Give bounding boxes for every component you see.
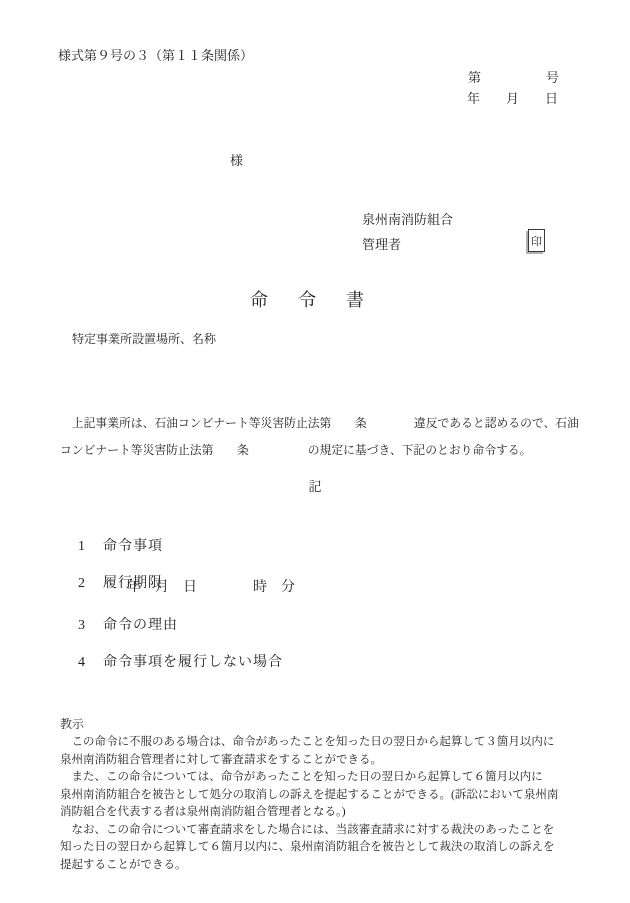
item-label: 命令事項を履行しない場合 xyxy=(103,655,283,670)
item-label: 命令の理由 xyxy=(103,618,178,633)
instructions-line-7: 知った日の翌日から起算して６箇月以内に、泉州南消防組合を被告として裁決の取消しの… xyxy=(60,840,555,854)
addressee-honorific: 様 xyxy=(230,153,243,169)
issuer-role: 管理者 xyxy=(362,237,401,253)
document-title: 命令書 xyxy=(250,289,394,312)
item-number: 3 xyxy=(78,617,103,635)
deadline-datetime-line: 年 月 日 時 分 xyxy=(127,579,295,597)
instructions-heading: 教示 xyxy=(60,717,84,732)
seal-mark: 印 xyxy=(531,233,542,249)
document-date-line: 年 月 日 xyxy=(467,91,558,107)
issuer-organization: 泉州南消防組合 xyxy=(362,212,453,228)
seal-box: 印 xyxy=(528,229,545,252)
document-number-line: 第 号 xyxy=(468,70,559,86)
facility-label: 特定事業所設置場所、名称 xyxy=(72,332,216,347)
body-line-2: コンビナート等災害防止法第 条 の規定に基づき、下記のとおり命令する。 xyxy=(60,443,531,458)
item-number: 2 xyxy=(78,575,103,593)
order-item-4: 4命令事項を履行しない場合 xyxy=(60,636,283,689)
instructions-line-1: この命令に不服のある場合は、命令があったことを知った日の翌日から起算して３箇月以… xyxy=(60,735,554,749)
instructions-line-8: 提起することができる。 xyxy=(60,858,187,872)
instructions-line-4: 泉州南消防組合を被告として処分の取消しの訴えを提起することができる。(訴訟におい… xyxy=(60,788,558,802)
form-number: 様式第９号の３（第１１条関係） xyxy=(58,48,253,64)
instructions-line-5: 消防組合を代表する者は泉州南消防組合管理者となる。) xyxy=(60,805,346,819)
item-number: 4 xyxy=(78,654,103,672)
instructions-line-6: なお、この命令について審査請求をした場合には、当該審査請求に対する裁決のあったこ… xyxy=(60,823,554,837)
order-document-page: 様式第９号の３（第１１条関係） 第 号 年 月 日 様 泉州南消防組合 管理者 … xyxy=(0,0,630,903)
item-label: 命令事項 xyxy=(103,539,163,554)
item-number: 1 xyxy=(78,538,103,556)
body-line-1: 上記事業所は、石油コンビナート等災害防止法第 条 違反であると認めるので、石油 xyxy=(60,416,579,431)
instructions-line-3: また、この命令については、命令があったことを知った日の翌日から起算して６箇月以内… xyxy=(60,770,543,784)
instructions-line-2: 泉州南消防組合管理者に対して審査請求をすることができる。 xyxy=(60,753,382,767)
record-marker: 記 xyxy=(0,479,630,495)
